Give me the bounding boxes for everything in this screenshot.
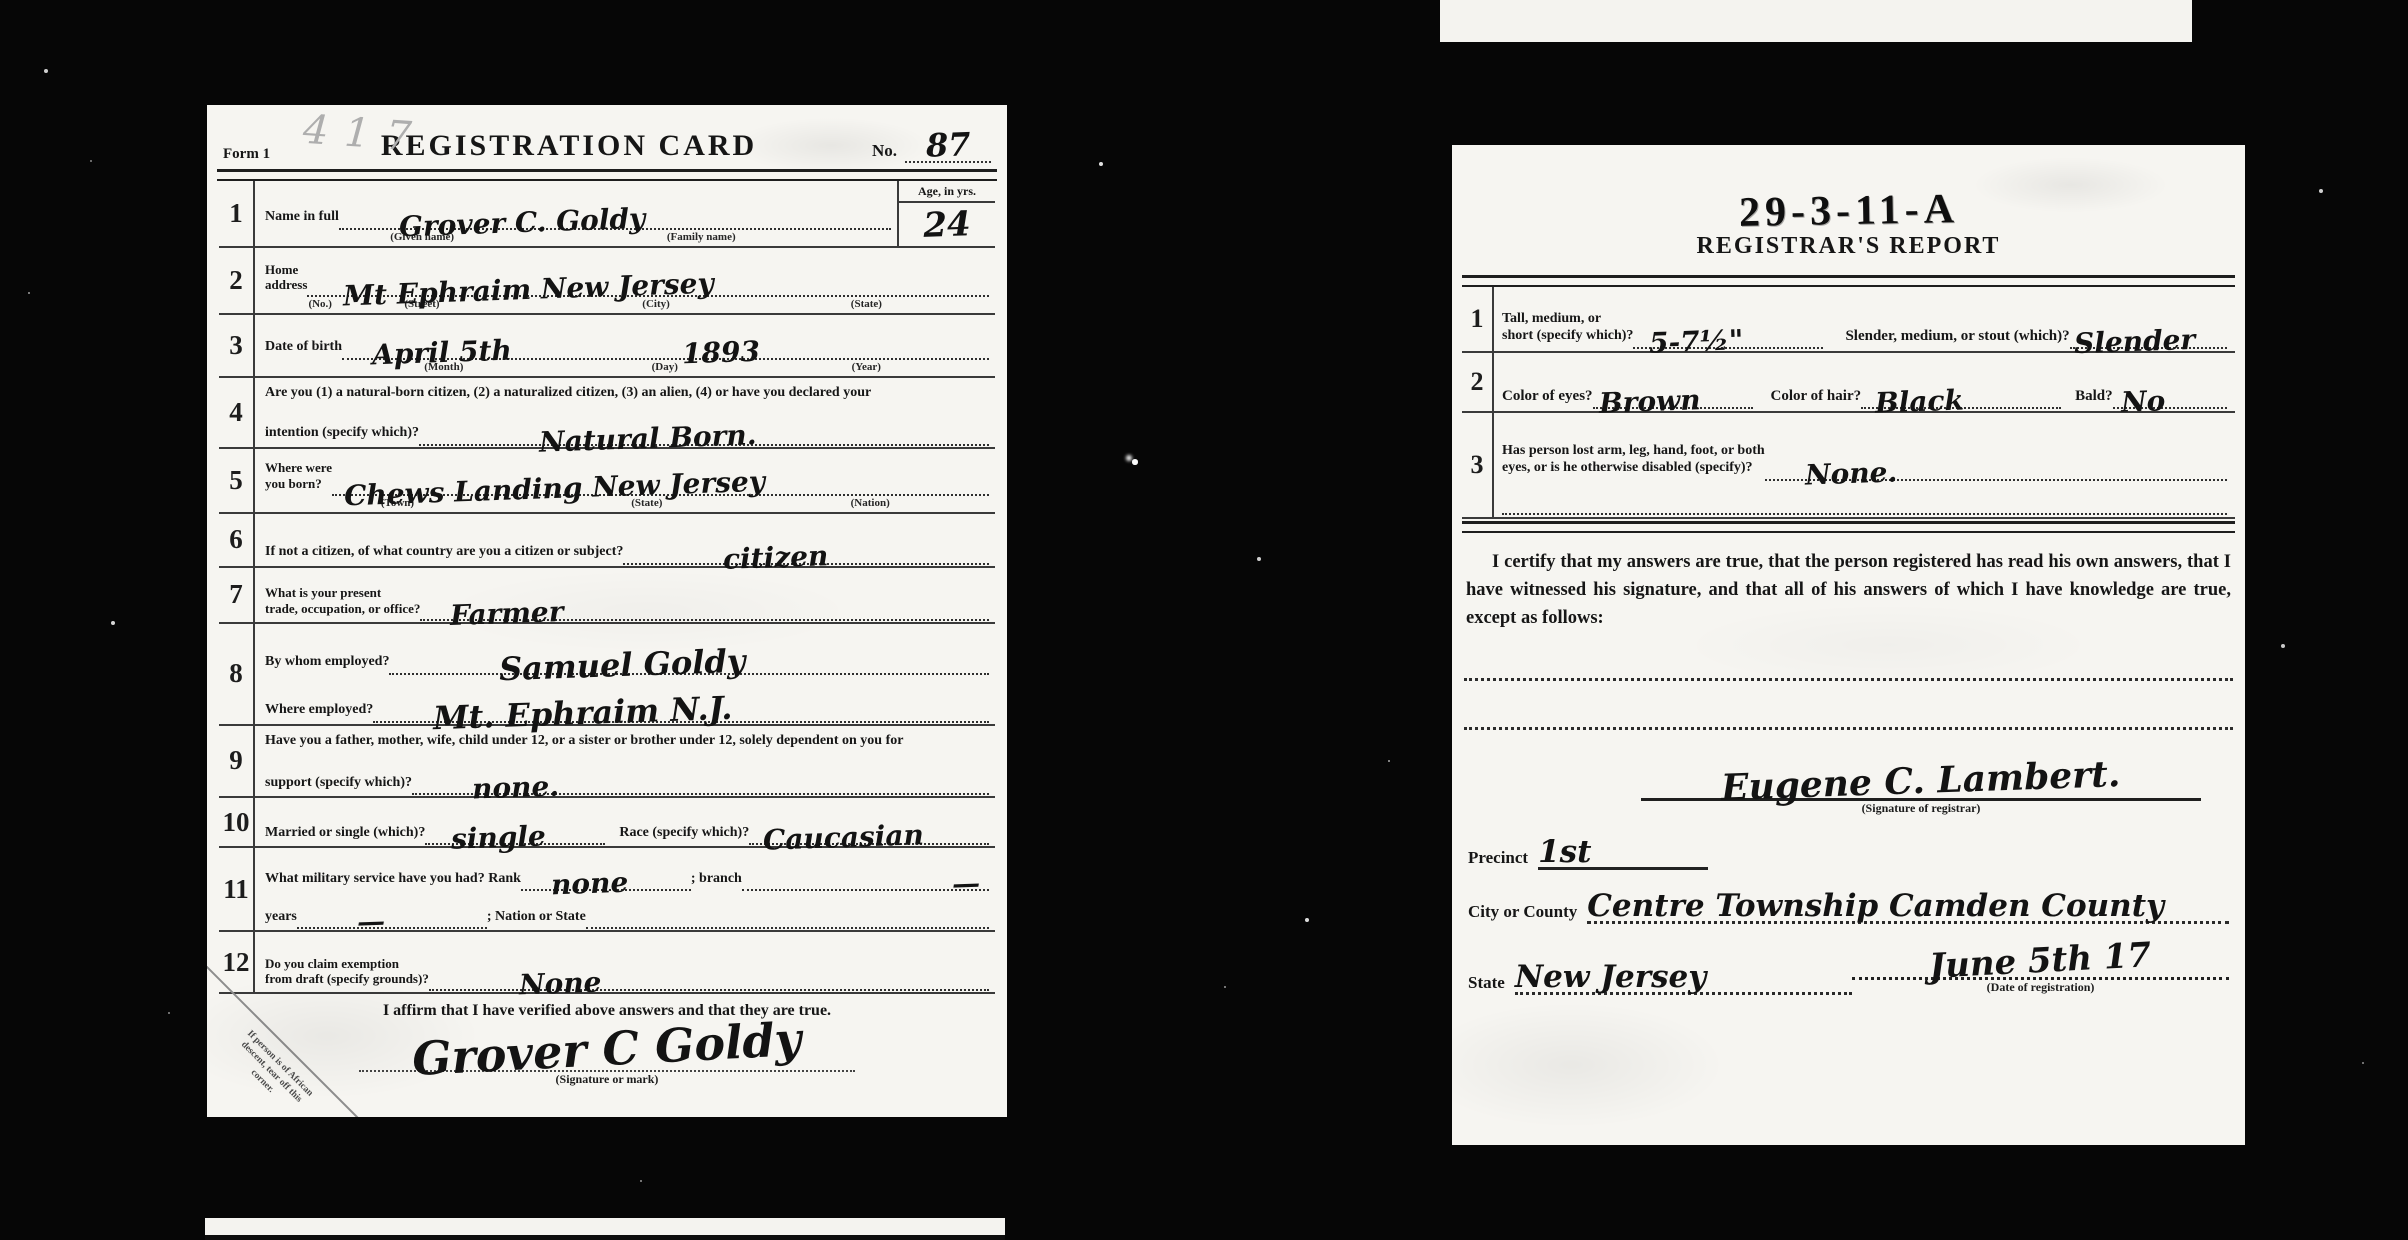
- field-11-number: 11: [219, 848, 255, 930]
- registration-date-line: June 5th 17: [1852, 948, 2229, 980]
- employed-where-blank: Mt. Ephraim N.J.: [373, 700, 989, 722]
- registrar-signature-block: Eugene C. Lambert. (Signature of registr…: [1641, 760, 2201, 816]
- military-rank-label: What military service have you had? Rank: [265, 871, 521, 892]
- state-blank: New Jersey: [1515, 965, 1852, 995]
- military-rank-blank: none: [521, 872, 691, 891]
- state-value: New Jersey: [1515, 959, 1706, 995]
- field-row-exemption: 12 Do you claim exemption from draft (sp…: [219, 932, 995, 994]
- pencil-serial-number: 417: [302, 107, 429, 162]
- adjacent-scan-strip-bottom: [205, 1218, 1005, 1240]
- name-label: Name in full: [265, 209, 339, 230]
- home-label-line2: address: [265, 277, 307, 293]
- affirmation-statement: I affirm that I have verified above answ…: [207, 994, 1007, 1020]
- trade-blank: Farmer: [420, 602, 989, 621]
- report-2-number: 2: [1462, 353, 1494, 411]
- report-row-eyes-hair: 2 Color of eyes? Brown Color of hair? Bl…: [1462, 353, 2235, 413]
- report-row-disability: 3 Has person lost arm, leg, hand, foot, …: [1462, 413, 2235, 519]
- military-years-label: years: [265, 909, 297, 930]
- date-of-birth-label: Date of birth: [265, 339, 342, 360]
- registrant-signature-line: Grover C Goldy: [359, 1022, 855, 1072]
- military-branch-label: ; branch: [691, 871, 742, 892]
- eye-color-blank: Brown: [1593, 390, 1753, 409]
- nation-sublabel: (Nation): [851, 497, 890, 509]
- bald-label: Bald?: [2075, 388, 2113, 409]
- married-label: Married or single (which)?: [265, 825, 425, 846]
- scanned-document-background: Form 1 417 REGISTRATION CARD No. 87 1 Na…: [0, 0, 2408, 1240]
- military-years-dash: —: [356, 910, 385, 935]
- year-sublabel: (Year): [852, 361, 881, 373]
- report-title: REGISTRAR'S REPORT: [1697, 233, 2001, 260]
- field-row-employer: 8 By whom employed? Samuel Goldy Where e…: [219, 624, 995, 726]
- registrant-signature-value: Grover C Goldy: [411, 1012, 803, 1086]
- registrant-signature-block: Grover C Goldy (Signature or mark): [207, 1020, 1007, 1087]
- date-of-birth-blank: April 5th 1893: [342, 341, 989, 360]
- employed-by-blank: Samuel Goldy: [389, 652, 989, 674]
- birthplace-label-line1: Where were: [265, 460, 332, 476]
- city-county-value: Centre Township Camden County: [1587, 888, 2164, 924]
- military-branch-blank: —: [742, 872, 989, 891]
- exemption-label-line2: from draft (specify grounds)?: [265, 971, 429, 987]
- trade-label-line1: What is your present: [265, 585, 420, 601]
- report-row-height-build: 1 Tall, medium, or short (specify which)…: [1462, 287, 2235, 353]
- field-12-number: 12: [219, 932, 255, 992]
- employed-where-label: Where employed?: [265, 702, 373, 723]
- precinct-value: 1st: [1538, 834, 1591, 870]
- bald-blank: No: [2113, 390, 2227, 409]
- build-blank: Slender: [2070, 330, 2227, 349]
- state-label: State: [1468, 973, 1515, 995]
- registration-date-value: June 5th 17: [1929, 942, 2152, 981]
- citizenship-blank: Natural Born.: [419, 427, 989, 446]
- employed-by-label: By whom employed?: [265, 654, 389, 675]
- race-label: Race (specify which)?: [619, 825, 749, 846]
- height-blank: 5-7½": [1633, 330, 1823, 349]
- field-row-trade: 7 What is your present trade, occupation…: [219, 568, 995, 624]
- exemption-value: None: [518, 971, 601, 998]
- dependents-question-line1: Have you a father, mother, wife, child u…: [265, 733, 903, 748]
- employed-by-value: Samuel Goldy: [499, 648, 746, 684]
- report-3-number: 3: [1462, 413, 1494, 517]
- hair-color-value: Black: [1875, 389, 1965, 416]
- field-8-number: 8: [219, 624, 255, 724]
- bald-value: No: [2120, 389, 2165, 414]
- card-header: Form 1 417 REGISTRATION CARD No. 87: [207, 105, 1007, 167]
- day-sublabel: (Day): [652, 361, 678, 373]
- eye-color-label: Color of eyes?: [1502, 388, 1593, 409]
- trade-label-line2: trade, occupation, or office?: [265, 601, 420, 617]
- registrars-report-card: 29-3-11-A REGISTRAR'S REPORT 1 Tall, med…: [1452, 145, 2245, 1145]
- report-section-divider: [1462, 521, 2235, 533]
- citizen-of-blank: citizen: [623, 546, 989, 565]
- build-label: Slender, medium, or stout (which)?: [1845, 328, 2069, 349]
- precinct-row: Precinct 1st: [1468, 840, 2229, 870]
- birthplace-label-line2: you born?: [265, 476, 332, 492]
- birthplace-blank: Chews Landing New Jersey: [332, 477, 989, 496]
- no-sublabel: (No.): [308, 298, 332, 310]
- field-row-citizenship: 4 Are you (1) a natural-born citizen, (2…: [219, 378, 995, 449]
- card-number-label: No.: [872, 141, 897, 161]
- hair-color-blank: Black: [1861, 390, 2061, 409]
- registration-date-caption: (Date of registration): [1852, 980, 2229, 995]
- disability-continuation-line: [1502, 487, 2227, 515]
- military-branch-dash: —: [951, 872, 980, 897]
- card-number-blank: 87: [905, 126, 991, 163]
- precinct-label: Precinct: [1468, 848, 1538, 870]
- field-5-number: 5: [219, 449, 255, 512]
- birth-month-day-value: April 5th: [372, 339, 513, 368]
- form-number-label: Form 1: [223, 146, 270, 163]
- city-county-label: City or County: [1468, 902, 1587, 924]
- military-nation-blank: [586, 927, 989, 929]
- citizenship-question-line1: Are you (1) a natural-born citizen, (2) …: [265, 385, 871, 400]
- field-row-married-race: 10 Married or single (which)? single Rac…: [219, 798, 995, 848]
- height-label-line1: Tall, medium, or: [1502, 311, 1633, 328]
- exceptions-line-2: [1464, 727, 2233, 730]
- military-rank-value: none: [550, 871, 628, 897]
- registrar-certification-text: I certify that my answers are true, that…: [1466, 549, 2231, 632]
- report-header: 29-3-11-A REGISTRAR'S REPORT: [1452, 145, 2245, 273]
- disability-label-line2: eyes, or is he otherwise disabled (speci…: [1502, 460, 1765, 477]
- age-label: Age, in yrs.: [899, 181, 995, 203]
- exemption-blank: None: [429, 972, 989, 991]
- field-2-number: 2: [219, 248, 255, 313]
- field-row-date-of-birth: 3 Date of birth April 5th 1893 (Month) (…: [219, 315, 995, 378]
- report-1-number: 1: [1462, 287, 1494, 351]
- disability-value: None.: [1804, 461, 1897, 488]
- field-10-number: 10: [219, 798, 255, 846]
- height-value: 5-7½": [1649, 329, 1744, 356]
- birth-year-value: 1893: [681, 340, 760, 367]
- adjacent-scan-strip-top: [1440, 0, 2192, 42]
- city-county-row: City or County Centre Township Camden Co…: [1468, 894, 2229, 924]
- city-county-blank: Centre Township Camden County: [1587, 894, 2229, 924]
- eye-color-value: Brown: [1598, 388, 1700, 415]
- citizen-of-label: If not a citizen, of what country are yo…: [265, 544, 623, 565]
- registrar-signature-line: Eugene C. Lambert.: [1641, 760, 2201, 801]
- dependents-blank: none.: [412, 776, 989, 795]
- field-1-number: 1: [219, 181, 255, 246]
- field-9-number: 9: [219, 726, 255, 797]
- hair-color-label: Color of hair?: [1771, 388, 1862, 409]
- height-label-line2: short (specify which)?: [1502, 328, 1633, 345]
- registration-card-front: Form 1 417 REGISTRATION CARD No. 87 1 Na…: [207, 105, 1007, 1117]
- dependents-question-line2: support (specify which)?: [265, 775, 412, 796]
- registration-date-block: June 5th 17 (Date of registration): [1852, 948, 2229, 995]
- draft-board-stamp: 29-3-11-A: [1738, 185, 1959, 237]
- report-header-divider: [1462, 275, 2235, 287]
- family-name-sublabel: (Family name): [667, 231, 736, 243]
- precinct-blank: 1st: [1538, 840, 1708, 870]
- age-value: 24: [898, 203, 995, 246]
- name-blank: Grover C. Goldy: [339, 211, 891, 230]
- field-4-number: 4: [219, 378, 255, 447]
- field-3-number: 3: [219, 315, 255, 376]
- field-6-number: 6: [219, 514, 255, 566]
- military-years-blank: —: [297, 910, 487, 929]
- field-row-birthplace: 5 Where were you born? Chews Landing New…: [219, 449, 995, 514]
- disability-label-line1: Has person lost arm, leg, hand, foot, or…: [1502, 443, 1765, 460]
- name-value: Grover C. Goldy: [399, 207, 646, 239]
- age-column: Age, in yrs. 24: [897, 181, 995, 246]
- build-value: Slender: [2073, 328, 2195, 356]
- home-address-blank: Mt Ephraim New Jersey: [307, 278, 989, 297]
- race-blank: Caucasian: [749, 826, 989, 845]
- military-nation-label: ; Nation or State: [487, 909, 586, 930]
- field-row-home-address: 2 Home address Mt Ephraim New Jersey (No…: [219, 248, 995, 315]
- field-row-name: 1 Name in full Grover C. Goldy (Given na…: [219, 181, 995, 248]
- exemption-label-line1: Do you claim exemption: [265, 956, 429, 972]
- married-blank: single: [425, 826, 605, 845]
- field-row-military-service: 11 What military service have you had? R…: [219, 848, 995, 932]
- header-divider: [217, 169, 997, 181]
- exceptions-line-1: [1464, 678, 2233, 681]
- home-label-line1: Home: [265, 262, 307, 278]
- state-date-row: State New Jersey June 5th 17 (Date of re…: [1468, 948, 2229, 995]
- field-7-number: 7: [219, 568, 255, 622]
- card-number-value: 87: [925, 125, 971, 165]
- citizenship-question-line2: intention (specify which)?: [265, 425, 419, 446]
- state-sublabel: (State): [851, 298, 882, 310]
- disability-blank: None.: [1765, 462, 2227, 481]
- field-row-citizen-of: 6 If not a citizen, of what country are …: [219, 514, 995, 568]
- field-row-dependents: 9 Have you a father, mother, wife, child…: [219, 726, 995, 799]
